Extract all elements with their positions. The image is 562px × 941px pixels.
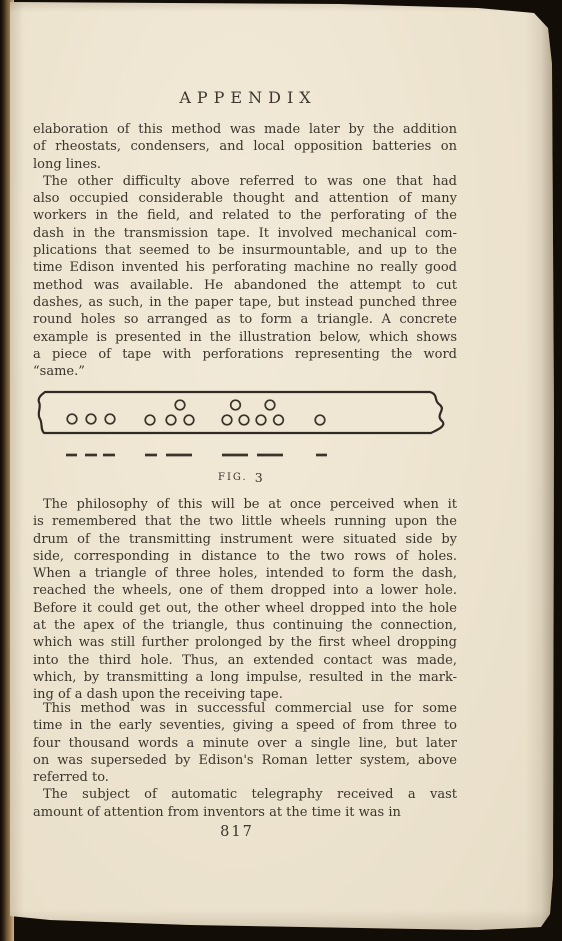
figure-caption-number: 3 [255, 470, 263, 485]
text-line: elaboration of this method was made late… [33, 121, 457, 138]
text-line: drum of the transmitting instrument were… [33, 531, 457, 548]
text-line: which was still further prolonged by the… [33, 634, 457, 651]
text-line: into the third hole. Thus, an extended c… [33, 652, 457, 669]
text-line: This method was in successful commercial… [33, 700, 457, 717]
text-line: of rheostats, condensers, and local oppo… [33, 138, 457, 155]
book-page-scan: APPENDIX elaboration of this method was … [0, 0, 562, 941]
paragraph-block-middle: The philosophy of this will be at once p… [33, 496, 457, 704]
text-line: “same.” [33, 363, 457, 380]
text-line: is remembered that the two little wheels… [33, 513, 457, 530]
text-line: Before it could get out, the other wheel… [33, 600, 457, 617]
text-line: dash in the transmission tape. It involv… [33, 225, 457, 242]
text-line: When a triangle of three holes, intended… [33, 565, 457, 582]
text-line: four thousand words a minute over a sing… [33, 735, 457, 752]
text-line: round holes so arranged as to form a tri… [33, 311, 457, 328]
figure-caption: FIG.3 [218, 470, 263, 485]
text-line: example is presented in the illustration… [33, 329, 457, 346]
text-line: long lines. [33, 156, 457, 173]
text-line: plications that seemed to be insurmounta… [33, 242, 457, 259]
text-line: method was available. He abandoned the a… [33, 277, 457, 294]
text-line: amount of attention from inventors at th… [33, 804, 457, 821]
book-page: APPENDIX elaboration of this method was … [10, 0, 555, 936]
text-line: reached the wheels, one of them dropped … [33, 582, 457, 599]
text-line: dashes, as such, in the paper tape, but … [33, 294, 457, 311]
text-line: The philosophy of this will be at once p… [33, 496, 457, 513]
page-heading: APPENDIX [36, 88, 460, 107]
perforated-tape-outline [39, 392, 444, 433]
text-line: on was superseded by Edison's Roman lett… [33, 752, 457, 769]
text-line: side, corresponding in distance to the t… [33, 548, 457, 565]
text-line: at the apex of the triangle, thus contin… [33, 617, 457, 634]
text-line: time in the early seventies, giving a sp… [33, 717, 457, 734]
page-number: 817 [25, 824, 449, 840]
paragraph-block-top: elaboration of this method was made late… [33, 121, 457, 380]
fig3-tape-illustration: FIG.3 [30, 388, 530, 492]
text-line: a piece of tape with perforations repres… [33, 346, 457, 363]
text-line: The other difficulty above referred to w… [33, 173, 457, 190]
text-line: time Edison invented his perforating mac… [33, 259, 457, 276]
text-line: which, by transmitting a long impulse, r… [33, 669, 457, 686]
text-line: referred to. [33, 769, 457, 786]
text-line: The subject of automatic telegraphy rece… [33, 786, 457, 803]
text-line: workers in the field, and related to the… [33, 207, 457, 224]
text-line: also occupied considerable thought and a… [33, 190, 457, 207]
figure-caption-prefix: FIG. [218, 472, 248, 483]
paragraph-block-bottom: This method was in successful commercial… [33, 700, 457, 821]
